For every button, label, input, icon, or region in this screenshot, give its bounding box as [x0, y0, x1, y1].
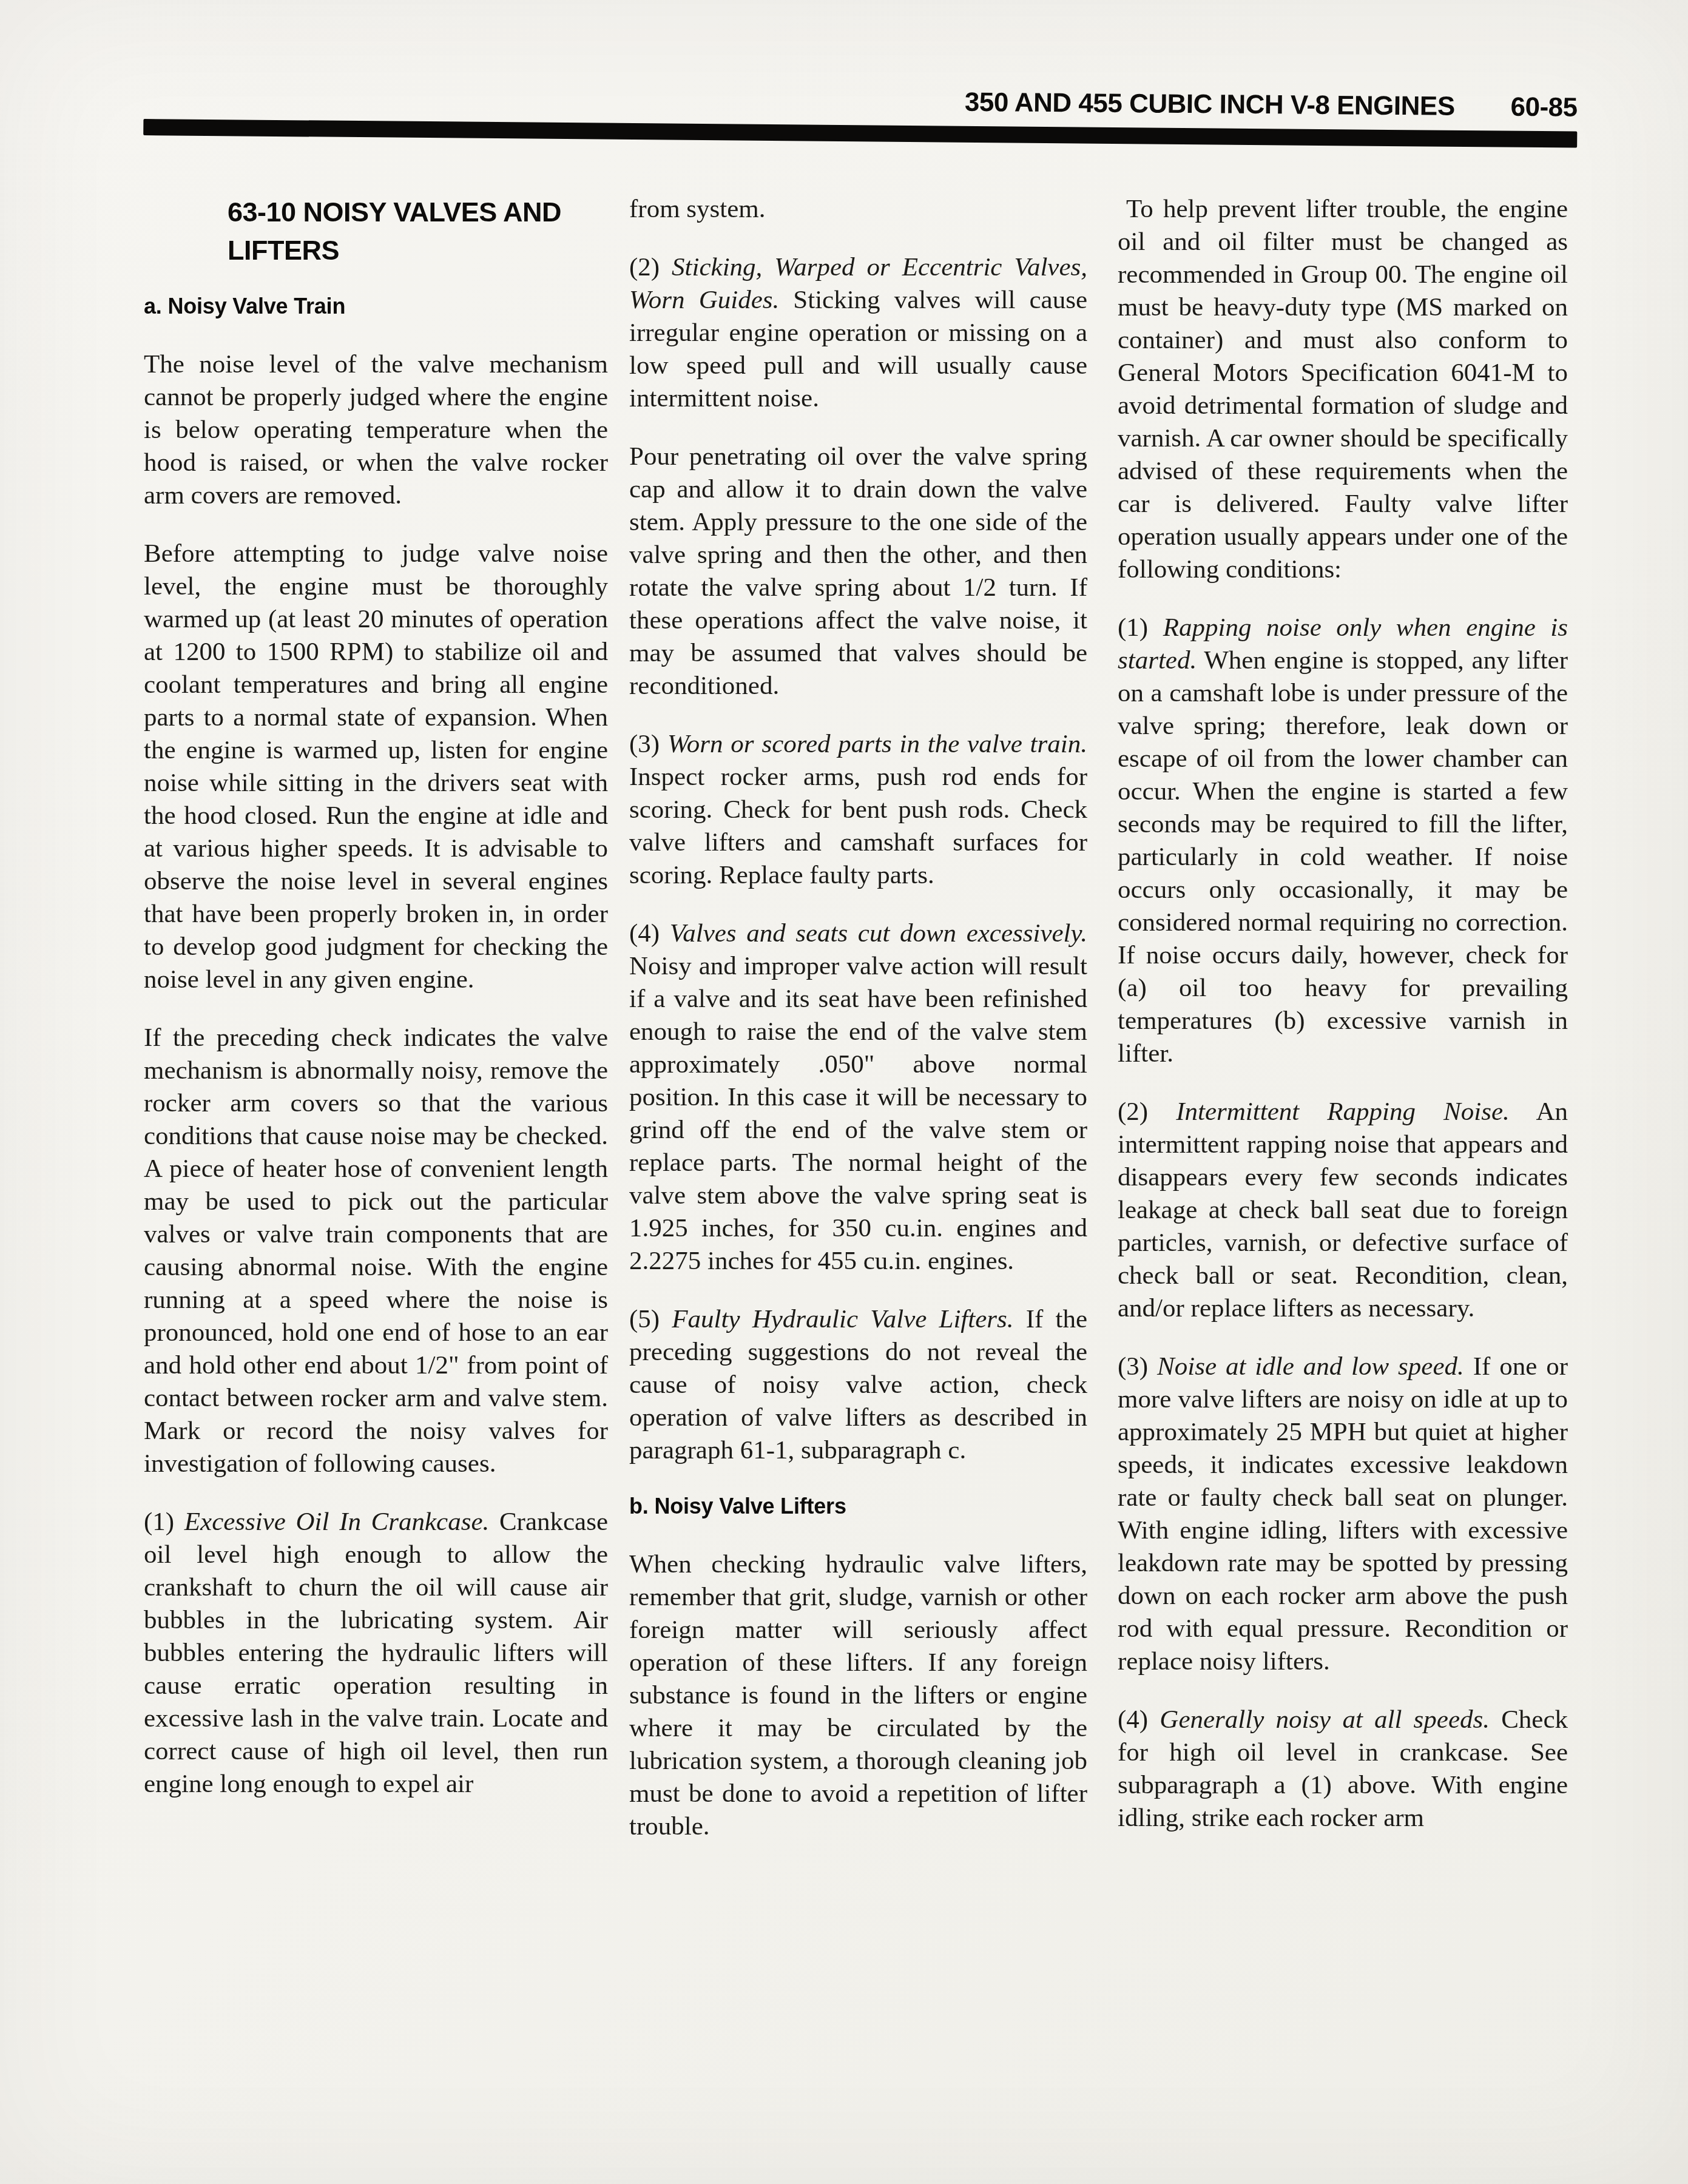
column-2: from system.(2) Sticking, Warped or Ecce…	[629, 193, 1087, 1843]
paragraph: from system.	[629, 193, 1087, 226]
header-rule	[143, 119, 1577, 148]
paragraph-text: Crankcase oil level high enough to allow…	[144, 1508, 608, 1798]
paragraph: (1) Rapping noise only when engine is st…	[1118, 612, 1568, 1070]
subsection-heading: b. Noisy Valve Lifters	[629, 1492, 1087, 1520]
paragraph: If the preceding check indicates the val…	[144, 1022, 608, 1480]
paragraph: (3) Worn or scored parts in the valve tr…	[629, 728, 1087, 892]
content-columns: 63-10 NOISY VALVES AND LIFTERSa. Noisy V…	[144, 193, 1568, 1843]
paragraph: Before attempting to judge valve noise l…	[144, 538, 608, 996]
subsection-heading: a. Noisy Valve Train	[144, 292, 608, 320]
list-number: (5)	[629, 1305, 672, 1333]
paragraph: When checking hydraulic valve lifters, r…	[629, 1548, 1087, 1843]
running-head-title: 350 AND 455 CUBIC INCH V-8 ENGINES	[965, 87, 1455, 122]
paragraph: (2) Sticking, Warped or Eccentric Valves…	[629, 251, 1087, 415]
paragraph-text: An intermittent rapping noise that appea…	[1118, 1097, 1568, 1323]
list-number: (1)	[144, 1508, 184, 1536]
list-number: (1)	[1118, 613, 1163, 642]
paragraph: (4) Valves and seats cut down excessivel…	[629, 917, 1087, 1278]
italic-lead: Worn or scored parts in the valve train.	[667, 730, 1087, 758]
page-header: 350 AND 455 CUBIC INCH V-8 ENGINES 60-85	[143, 80, 1578, 148]
manual-page: 350 AND 455 CUBIC INCH V-8 ENGINES 60-85…	[0, 0, 1688, 2184]
paragraph: (4) Generally noisy at all speeds. Check…	[1118, 1704, 1568, 1835]
paragraph-text: If one or more valve lifters are noisy o…	[1118, 1352, 1568, 1676]
paragraph: To help prevent lifter trouble, the engi…	[1118, 193, 1568, 586]
paragraph: (1) Excessive Oil In Crankcase. Crankcas…	[144, 1506, 608, 1801]
paragraph-text: When engine is stopped, any lifter on a …	[1118, 646, 1568, 1068]
list-number: (4)	[1118, 1705, 1160, 1734]
list-number: (3)	[629, 730, 667, 758]
list-number: (2)	[1118, 1097, 1176, 1126]
running-head: 350 AND 455 CUBIC INCH V-8 ENGINES 60-85	[144, 80, 1578, 123]
paragraph: The noise level of the valve mechanism c…	[144, 348, 608, 512]
list-number: (3)	[1118, 1352, 1157, 1381]
section-heading: 63-10 NOISY VALVES AND LIFTERS	[228, 193, 608, 269]
list-number: (2)	[629, 253, 672, 281]
paragraph-text: Inspect rocker arms, push rod ends for s…	[629, 763, 1087, 889]
paragraph-text: Noisy and improper valve action will res…	[629, 952, 1087, 1275]
column-3: To help prevent lifter trouble, the engi…	[1118, 193, 1568, 1835]
paragraph: (2) Intermittent Rapping Noise. An inter…	[1118, 1096, 1568, 1325]
italic-lead: Excessive Oil In Crankcase.	[184, 1508, 489, 1536]
column-1: 63-10 NOISY VALVES AND LIFTERSa. Noisy V…	[144, 193, 608, 1801]
page-number: 60-85	[1510, 92, 1577, 123]
italic-lead: Intermittent Rapping Noise.	[1176, 1097, 1510, 1126]
paragraph: (5) Faulty Hydraulic Valve Lifters. If t…	[629, 1303, 1087, 1467]
paragraph: Pour penetrating oil over the valve spri…	[629, 440, 1087, 703]
italic-lead: Faulty Hydraulic Valve Lifters.	[672, 1305, 1013, 1333]
italic-lead: Valves and seats cut down excessively.	[670, 919, 1087, 948]
italic-lead: Generally noisy at all speeds.	[1160, 1705, 1490, 1734]
paragraph: (3) Noise at idle and low speed. If one …	[1118, 1350, 1568, 1678]
list-number: (4)	[629, 919, 670, 948]
italic-lead: Noise at idle and low speed.	[1157, 1352, 1464, 1381]
